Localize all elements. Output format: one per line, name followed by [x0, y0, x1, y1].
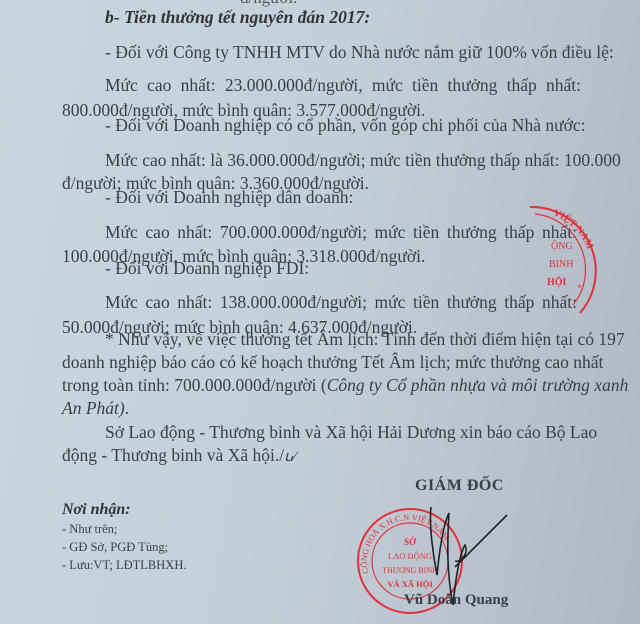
svg-text:*: *	[577, 283, 582, 293]
section-heading: b- Tiền thưởng tết nguyên đán 2017:	[105, 7, 370, 27]
section-2-title: - Đối với Doanh nghiệp có cổ phần, vốn g…	[105, 115, 585, 135]
section-3-title: - Đối với Doanh nghiệp dân doanh:	[105, 187, 353, 207]
edge-official-stamp: VIỆT NAM ỘNG BINH HỘI *	[505, 205, 640, 330]
company-name-end: An Phát)	[62, 398, 125, 418]
signature-title: GIÁM ĐỐC	[415, 477, 504, 495]
summary-period: .	[125, 398, 129, 418]
closing-line-1: Sở Lao động - Thương binh và Xã hội Hải …	[105, 422, 597, 442]
edge-stamp-line: ỘNG	[551, 240, 573, 252]
summary-line-1: * Như vậy, về việc thưởng tết Âm lịch: T…	[105, 329, 625, 349]
section-4-title: - Đối với Doanh nghiệp FDI:	[105, 258, 309, 278]
section-2-line-1: Mức cao nhất: là 36.000.000đ/người; mức …	[105, 150, 621, 170]
scanned-document-page: đ/người. b- Tiền thưởng tết nguyên đán 2…	[0, 0, 640, 624]
signer-name: Vũ Doãn Quang	[404, 592, 508, 609]
recipient-item: - Lưu:VT; LĐTLBHXH.	[62, 558, 186, 573]
closing-line-2-text: động - Thương binh và Xã hội./	[62, 445, 284, 465]
edge-stamp-line: HỘI	[547, 275, 567, 288]
summary-line-4: An Phát).	[62, 398, 129, 418]
recipient-item: - GĐ Sở, PGĐ Tùng;	[62, 540, 168, 555]
section-1-title: - Đối với Công ty TNHH MTV do Nhà nước n…	[105, 42, 614, 62]
company-name: Công ty Cổ phần nhựa và môi trường xanh	[327, 375, 629, 395]
stamp-line: SỞ	[404, 537, 417, 547]
handwritten-initials: ꭎ⁄	[284, 449, 296, 465]
closing-line-2: động - Thương binh và Xã hội./ꭎ⁄	[62, 445, 296, 467]
recipients-title: Nơi nhận:	[62, 501, 131, 519]
section-1-line-1: Mức cao nhất: 23.000.000đ/người, mức tiề…	[105, 75, 581, 95]
recipient-item: - Như trên;	[62, 522, 117, 537]
summary-line-2: doanh nghiệp báo cáo có kế hoạch thưởng …	[62, 352, 578, 372]
summary-line-3: trong toàn tỉnh: 700.000.000đ/người (Côn…	[62, 375, 628, 395]
edge-stamp-line: BINH	[549, 259, 573, 270]
summary-line-3-text: trong toàn tỉnh: 700.000.000đ/người (	[62, 375, 327, 395]
